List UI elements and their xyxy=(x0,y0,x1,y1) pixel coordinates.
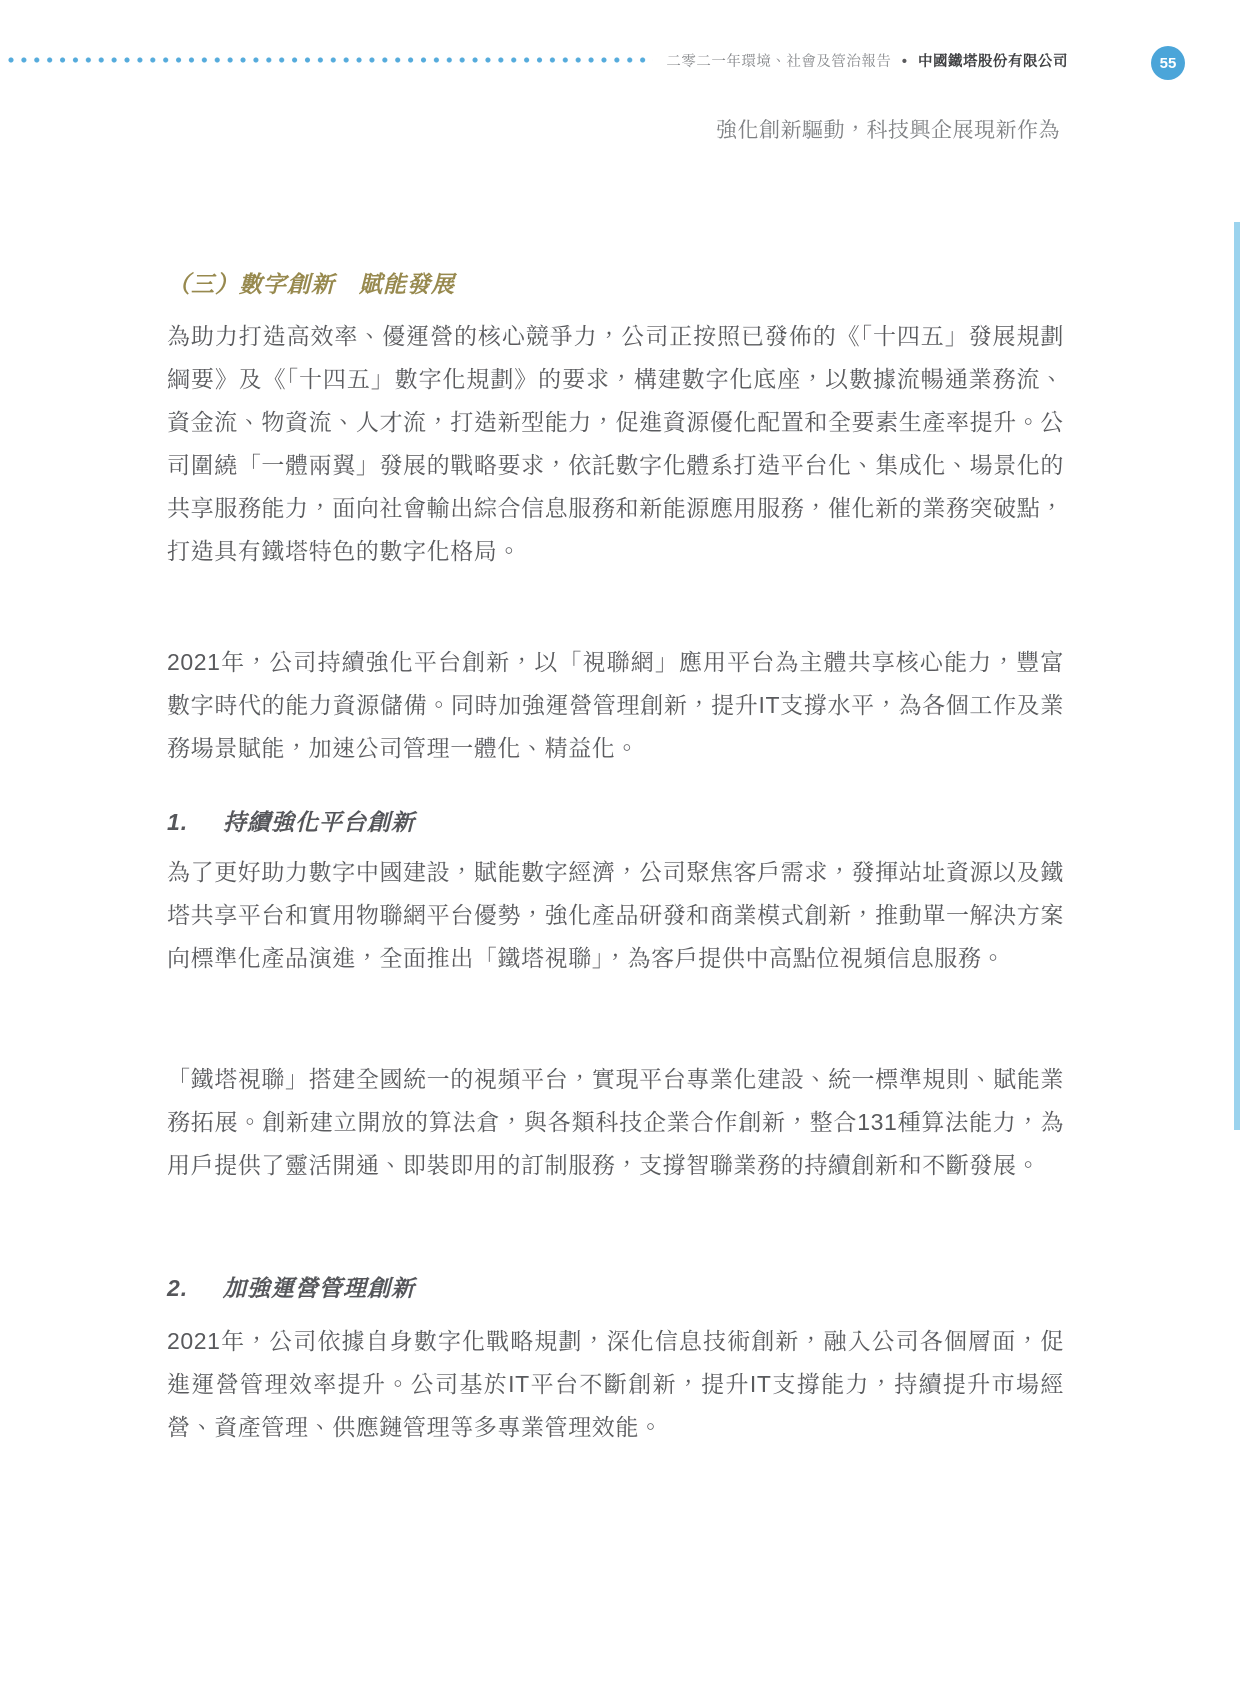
page-number-badge: 55 xyxy=(1151,46,1185,80)
subsection-2-paragraph-1: 2021年，公司依據自身數字化戰略規劃，深化信息技術創新，融入公司各個層面，促進… xyxy=(167,1320,1064,1449)
subsection-1-paragraph-1: 為了更好助力數字中國建設，賦能數字經濟，公司聚焦客戶需求，發揮站址資源以及鐵塔共… xyxy=(167,851,1064,980)
report-title: 二零二一年環境、社會及管治報告 xyxy=(666,54,891,70)
subsection-1-paragraph-2: 「鐵塔視聯」搭建全國統一的視頻平台，實現平台專業化建設、統一標準規則、賦能業務拓… xyxy=(167,1058,1064,1187)
company-name: 中國鐵塔股份有限公司 xyxy=(918,54,1068,70)
header-separator-bullet: • xyxy=(902,54,908,70)
subsection-2-number: 2. xyxy=(167,1272,223,1304)
intro-paragraph-1: 為助力打造高效率、優運營的核心競爭力，公司正按照已發佈的《「十四五」發展規劃綱要… xyxy=(167,315,1064,573)
subsection-2-heading: 2. 加強運營管理創新 xyxy=(167,1272,1064,1304)
right-edge-accent-bar xyxy=(1234,222,1240,1130)
subsection-2-title: 加強運營管理創新 xyxy=(223,1272,415,1304)
chapter-subtitle: 強化創新驅動，科技興企展現新作為 xyxy=(716,116,1060,146)
subsection-1-title: 持續強化平台創新 xyxy=(223,806,415,838)
subsection-1-number: 1. xyxy=(167,806,223,838)
subsection-1-heading: 1. 持續強化平台創新 xyxy=(167,806,1064,838)
section-heading: （三）數字創新 賦能發展 xyxy=(167,268,1064,300)
page-header: 二零二一年環境、社會及管治報告 • 中國鐵塔股份有限公司 xyxy=(666,52,1068,73)
intro-paragraph-2: 2021年，公司持續強化平台創新，以「視聯網」應用平台為主體共享核心能力，豐富數… xyxy=(167,641,1064,770)
header-dotted-rule xyxy=(8,57,653,63)
